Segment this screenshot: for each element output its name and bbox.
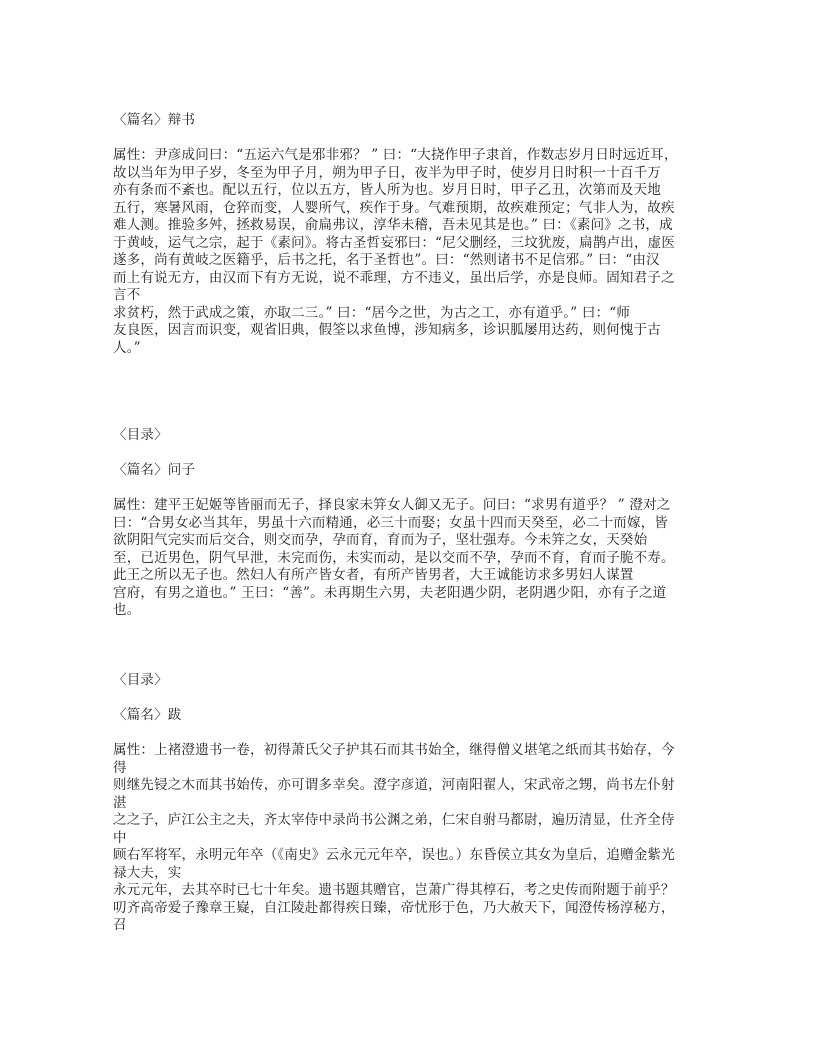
text-line: 友良医，因言而识变，观省旧典，假筌以求鱼博，涉知病多，诊识胍屡用达药，则何愧于古 <box>113 322 719 340</box>
text-line: 难人测。推验多舛，拯救易误，俞扁弗议，淳华未稽，吾未见其是也。” 曰：《素问》之… <box>113 217 719 235</box>
section-heading: 〈篇名〉跋 <box>113 707 719 725</box>
blank-line <box>113 410 719 428</box>
text-line: 得 <box>113 760 719 778</box>
text-line: 顾右军将军，永明元年卒（《南史》云永元元年卒，误也。）东昏侯立其女为皇后，追赠金… <box>113 847 719 865</box>
text-line: 叨齐高帝爱子豫章王嶷，自江陵赴都得疾日臻，帝忧形于色，乃大赦天下，闻澄传杨淳秘方… <box>113 900 719 918</box>
section-heading: 〈目录〉 <box>113 672 719 690</box>
text-line: 亦有条而不紊也。配以五行，位以五方，皆人所为也。岁月日时，甲子乙丑，次第而及天地 <box>113 182 719 200</box>
blank-line <box>113 725 719 743</box>
text-line: 永元元年，去其卒时已七十年矣。遗书题其赠官，岂萧广得其椁石，考之史传而附题于前乎… <box>113 882 719 900</box>
blank-line <box>113 690 719 708</box>
text-line: 于黄岐，运气之宗，起于《素问》。将古圣哲妄邪曰：“尼父删经，三坟犹废，扁鹊卢出，… <box>113 235 719 253</box>
section-heading: 〈篇名〉辩书 <box>113 112 719 130</box>
text-line: 则继先锓之木而其书始传，亦可谓多幸矣。澄字彦道，河南阳翟人，宋武帝之甥，尚书左仆… <box>113 777 719 795</box>
text-line: 遂多，尚有黄岐之医籍乎，后书之托，名于圣哲也”。曰：“然则诸书不足信邪。” 曰：… <box>113 252 719 270</box>
document-text-content: 〈篇名〉辩书 属性：尹彦成问曰：“五运六气是邪非邪？ ” 曰：“大挠作甲子隶首，… <box>113 112 719 935</box>
text-line: 言不 <box>113 287 719 305</box>
text-line: 属性：建平王妃姬等皆丽而无子，择良家未笄女人御又无子。问曰：“求男有道乎？ ” … <box>113 497 719 515</box>
text-line: 属性：上褚澄遗书一卷，初得萧氏父子护其石而其书始全，继得僧义堪笔之纸而其书始存，… <box>113 742 719 760</box>
text-line: 曰：“合男女必当其年，男虽十六而精通，必三十而娶；女虽十四而天癸至，必二十而嫁，… <box>113 515 719 533</box>
section-heading: 〈目录〉 <box>113 427 719 445</box>
blank-line <box>113 392 719 410</box>
blank-line <box>113 445 719 463</box>
text-line: 至，已近男色，阴气早泄，未完而伤，未实而动，是以交而不孕，孕而不育，育而子脆不寿… <box>113 550 719 568</box>
blank-line <box>113 637 719 655</box>
text-line: 人。” <box>113 340 719 358</box>
text-line: 宫府，有男之道也。” 王曰：“善”。未再期生六男，夫老阳遇少阴，老阴遇少阳，亦有… <box>113 585 719 603</box>
text-line: 属性：尹彦成问曰：“五运六气是邪非邪？ ” 曰：“大挠作甲子隶首，作数志岁月日时… <box>113 147 719 165</box>
text-line: 欲阴阳气完实而后交合，则交而孕，孕而育，育而为子，坚壮强寿。今未笄之女，天癸始 <box>113 532 719 550</box>
blank-line <box>113 620 719 638</box>
text-line: 求贫朽，然于武成之策，亦取二三。” 曰：“居今之世，为古之工，亦有道乎。” 曰：… <box>113 305 719 323</box>
text-line: 也。 <box>113 602 719 620</box>
document-page: 〈篇名〉辩书 属性：尹彦成问曰：“五运六气是邪非邪？ ” 曰：“大挠作甲子隶首，… <box>0 0 816 1056</box>
blank-line <box>113 130 719 148</box>
blank-line <box>113 655 719 673</box>
text-line: 召 <box>113 917 719 935</box>
text-line: 五行，寒暑风雨，仓猝而变，人婴所气，疾作于身。气难预期，故疾难预定；气非人为，故… <box>113 200 719 218</box>
blank-line <box>113 480 719 498</box>
text-line: 中 <box>113 830 719 848</box>
section-heading: 〈篇名〉问子 <box>113 462 719 480</box>
blank-line <box>113 375 719 393</box>
text-line: 湛 <box>113 795 719 813</box>
text-line: 之之子，庐江公主之夫，齐太宰侍中录尚书公渊之弟，仁宋自驸马都尉，遍历清显，仕齐全… <box>113 812 719 830</box>
text-line: 此王之所以无子也。然妇人有所产皆女者，有所产皆男者，大王诚能访求多男妇人谋置 <box>113 567 719 585</box>
text-line: 而上有说无方，由汉而下有方无说，说不乖理，方不违义，虽出后学，亦是良师。固知君子… <box>113 270 719 288</box>
text-line: 故以当年为甲子岁，冬至为甲子月，朔为甲子日，夜半为甲子时，使岁月日时积一十百千万 <box>113 165 719 183</box>
blank-line <box>113 357 719 375</box>
text-line: 禄大夫，实 <box>113 865 719 883</box>
